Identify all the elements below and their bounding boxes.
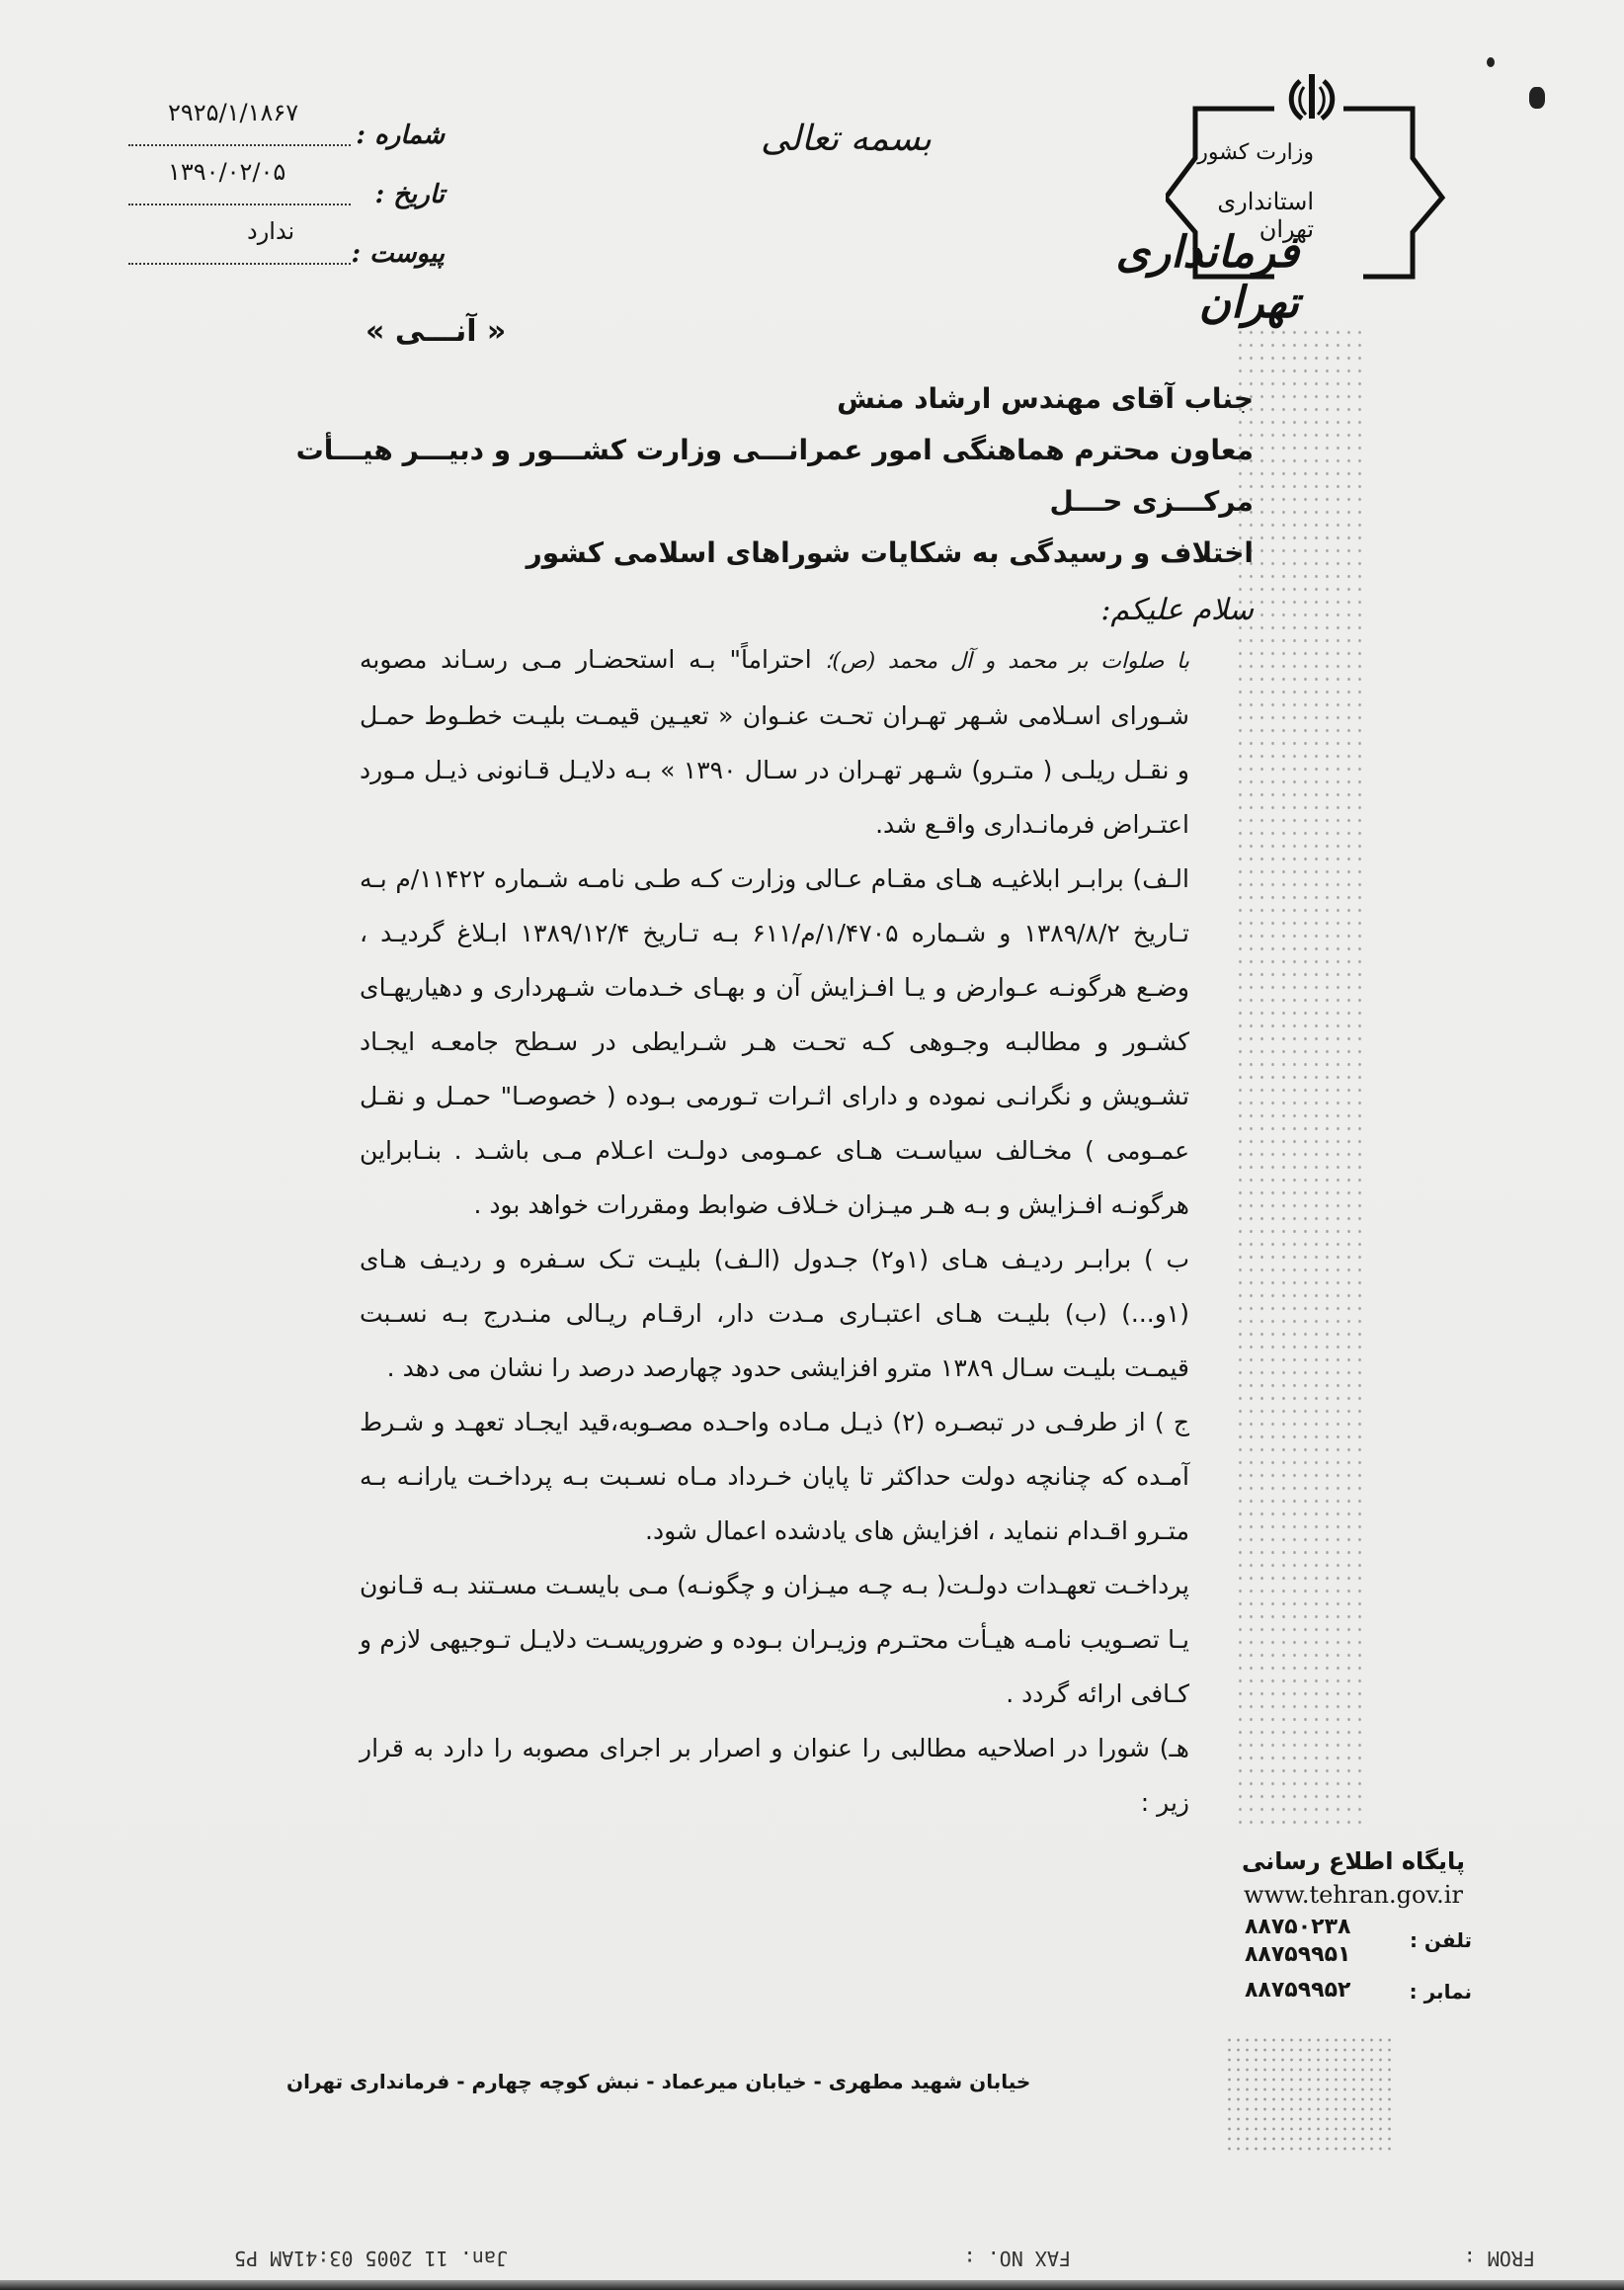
attachment-label: پیوست : [352,239,445,269]
fax-transmission-header: FROM : FAX NO. : Jan. 11 2005 03:41AM P5 [0,2241,1624,2270]
dotted-pattern [1235,326,1363,1828]
ministry-name: وزارت کشور [1197,140,1314,165]
paragraph-a: الـف) برابـر ابلاغیـه هـای مقـام عـالی و… [360,852,1189,1232]
number-label: شماره : [356,121,445,150]
letter-body: با صلوات بر محمد و آل محمد (ص)؛ احتراماً… [360,632,1189,1830]
fax-number-field: FAX NO. : [964,2247,1071,2270]
contact-info: پایگاه اطلاع رسانی www.tehran.gov.ir ۸۸۷… [1235,1847,1472,2009]
fax-block: ۸۸۷۵۹۹۵۲ نمابر : [1235,1978,1472,2009]
phone-number-1: ۸۸۷۵۰۲۳۸ [1245,1915,1350,1939]
invocation: بسمه تعالی [761,119,932,159]
dotted-line [128,204,351,205]
paragraph-e: هـ) شورا در اصلاحیه مطالبی را عنوان و اص… [360,1721,1189,1830]
paragraph-c: ج ) از طرفـی در تبصـره (۲) ذیـل مـاده وا… [360,1395,1189,1558]
letter-page: وزارت کشور استانداری تهران فرمانداری تهر… [0,0,1624,2290]
scan-speck [1529,87,1545,109]
number-row: ۲۹۲۵/۱/۱۸۶۷ شماره : [128,99,445,158]
phone-number-2: ۸۸۷۵۹۹۵۱ [1245,1942,1350,1967]
attachment-row: ندارد پیوست : [128,217,445,277]
intro-paragraph: با صلوات بر محمد و آل محمد (ص)؛ احتراماً… [360,632,1189,852]
footer-address: خیابان شهید مطهری - خیابان میرعماد - نبش… [286,2070,1030,2093]
dotted-pattern [1225,2035,1393,2154]
letter-date: ۱۳۹۰/۰۲/۰۵ [168,158,285,186]
fax-datetime: Jan. 11 2005 03:41AM P5 [234,2247,508,2270]
fax-number: ۸۸۷۵۹۹۵۲ [1245,1978,1350,2003]
recipient-block: جناب آقای مهندس ارشاد منش معاون محترم هم… [266,373,1254,579]
scan-speck [1487,57,1495,67]
dotted-line [128,263,351,265]
letter-number: ۲۹۲۵/۱/۱۸۶۷ [168,99,298,126]
priority-label: « آنـــی » [365,314,506,349]
fax-from: FROM : [1464,2247,1535,2270]
portal-title: پایگاه اطلاع رسانی [1235,1847,1472,1875]
website-link[interactable]: www.tehran.gov.ir [1235,1881,1472,1909]
recipient-name: جناب آقای مهندس ارشاد منش [266,373,1254,425]
date-label: تاریخ : [375,180,445,209]
fax-label: نمابر : [1410,1980,1472,2004]
recipient-title-cont: اختلاف و رسیدگی به شکایات شوراهای اسلامی… [266,528,1254,579]
dotted-line [128,144,351,146]
paragraph-d: پرداخـت تعهـدات دولـت( بـه چـه میـزان و … [360,1558,1189,1721]
attachment-value: ندارد [247,217,294,245]
recipient-title: معاون محترم هماهنگی امور عمرانـــی وزارت… [266,425,1254,528]
letterhead-logo: وزارت کشور استانداری تهران فرمانداری تهر… [1166,79,1462,316]
iran-emblem-icon [1282,69,1341,128]
paragraph-b: ب ) برابـر ردیـف هـای (۱و۲) جـدول (الـف)… [360,1232,1189,1395]
greeting: سلام علیکم: [1100,593,1254,627]
governorate-name: فرمانداری تهران [1115,227,1299,328]
intro-text: احتراماً" بـه استحضـار مـی رسـاند مصوبه … [360,645,1189,839]
date-row: ۱۳۹۰/۰۲/۰۵ تاریخ : [128,158,445,217]
salutation: با صلوات بر محمد و آل محمد (ص)؛ [825,649,1189,674]
phone-label: تلفن : [1410,1928,1472,1952]
scan-edge [0,2280,1624,2290]
letter-meta: ۲۹۲۵/۱/۱۸۶۷ شماره : ۱۳۹۰/۰۲/۰۵ تاریخ : ن… [128,99,445,277]
phone-block: ۸۸۷۵۰۲۳۸ ۸۸۷۵۹۹۵۱ تلفن : [1235,1915,1472,1974]
